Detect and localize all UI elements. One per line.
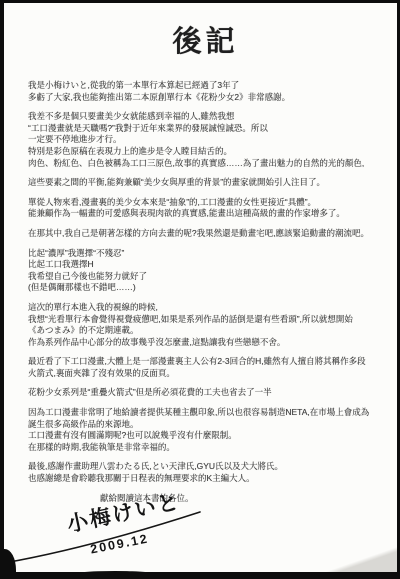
paragraph: 花粉少女系列是“重疊火箭式”但是所必須花費的工夫也省去了一半 xyxy=(28,387,383,399)
text-line: 誕生很多高級作品的來源地。 xyxy=(28,419,383,431)
text-line: 單從人物來看,漫畫裏的美少女本來是“抽象”的,工口漫畫的女性更接近“具體”。 xyxy=(28,197,383,209)
text-line: 也感謝總是會聆聽我那關于日程表的無理要求的K主編大人。 xyxy=(28,473,383,485)
text-line: 這次的單行本進入我的視線的時候, xyxy=(28,302,383,314)
scan-border-artifact xyxy=(70,571,160,579)
text-line: “工口漫畫就是天職嗎?”我對于近年來業界的發展誠惶誠恐。所以 xyxy=(28,123,383,135)
paragraph: 比起“濃厚”我選擇“不殘忍”比起工口我選擇H我希望自己今後也能努力就好了(但是偶… xyxy=(28,248,383,294)
text-line: 花粉少女系列是“重疊火箭式”但是所必須花費的工夫也省去了一半 xyxy=(28,387,383,399)
text-line: 我希望自己今後也能努力就好了 xyxy=(28,271,383,283)
afterword-content: 後記 我是小梅けいと,從我的第一本單行本算起已經過了3年了多虧了大家,我也能夠推… xyxy=(28,11,383,512)
paragraph: 我差不多是個只要畫美少女就能感到幸福的人,雖然我想“工口漫畫就是天職嗎?”我對于… xyxy=(28,111,383,169)
text-line: 特別是彩色原稿在表現力上的進步是令人瞠目結舌的。 xyxy=(28,146,383,158)
text-line: 這些要素之間的平衡,能夠兼顧“美少女與厚重的背景”的畫家就開始引人注目了。 xyxy=(28,177,383,189)
paragraph: 我是小梅けいと,從我的第一本單行本算起已經過了3年了多虧了大家,我也能夠推出第二… xyxy=(28,80,383,103)
scanned-page: 後記 我是小梅けいと,從我的第一本單行本算起已經過了3年了多虧了大家,我也能夠推… xyxy=(0,0,400,579)
text-line: 在那其中,我自己是朝著怎樣的方向去畫的呢?我果然還是動畫宅吧,應該緊追動畫的潮流… xyxy=(28,228,383,240)
signature: 小梅けいと 2009.12 xyxy=(4,495,244,572)
text-line: 《あつまみ》的不定期連載。 xyxy=(28,325,383,337)
page-title: 後記 xyxy=(28,19,383,60)
paragraph: 最近看了下工口漫畫,大體上是一部漫畫裏主人公有2-3回合的H,雖然有人擅自將其稱… xyxy=(28,356,383,379)
paragraph: 在那其中,我自己是朝著怎樣的方向去畫的呢?我果然還是動畫宅吧,應該緊追動畫的潮流… xyxy=(28,228,383,240)
text-line: 比起“濃厚”我選擇“不殘忍” xyxy=(28,248,383,260)
text-line: 一定要不停地進步才行。 xyxy=(28,134,383,146)
text-line: (但是偶爾那樣也不錯吧……) xyxy=(28,282,383,294)
text-line: 作為系列作品中心部分的故事幾乎沒怎麼畫,這點讓我有些戀戀不舍。 xyxy=(28,337,383,349)
text-line: 最近看了下工口漫畫,大體上是一部漫畫裏主人公有2-3回合的H,雖然有人擅自將其稱… xyxy=(28,356,383,368)
text-line: 比起工口我選擇H xyxy=(28,259,383,271)
text-line: 肉色、粉紅色、白色被稱為工口三原色,故事的真實感……為了畫出魅力的自然的光的顏色… xyxy=(28,158,383,170)
paragraph: 這些要素之間的平衡,能夠兼顧“美少女與厚重的背景”的畫家就開始引人注目了。 xyxy=(28,177,383,189)
text-line: 最後,感謝作畫助理八雲わたる氏,とい天津氏,GYU氏以及犬大將氏。 xyxy=(28,461,383,473)
paper-background: 後記 我是小梅けいと,從我的第一本單行本算起已經過了3年了多虧了大家,我也能夠推… xyxy=(4,3,397,572)
scan-border-artifact xyxy=(250,573,320,579)
text-line: 能兼顧作為一幅畫的可愛感與表現肉欲的真實感,能畫出這種高級的畫的作家增多了。 xyxy=(28,208,383,220)
text-line: 我差不多是個只要畫美少女就能感到幸福的人,雖然我想 xyxy=(28,111,383,123)
scan-corner-shadow xyxy=(311,542,397,572)
text-line: 我是小梅けいと,從我的第一本單行本算起已經過了3年了 xyxy=(28,80,383,92)
text-line: 火箭式,裏面夾雜了沒有效果的反面頁。 xyxy=(28,368,383,380)
paragraph: 因為工口漫畫非常明了地給讀者提供某種主觀印象,所以也很容易制造NETA,在市場上… xyxy=(28,407,383,453)
text-line: 在那樣的時期,我能執筆是非常幸福的。 xyxy=(28,442,383,454)
text-line: 因為工口漫畫非常明了地給讀者提供某種主觀印象,所以也很容易制造NETA,在市場上… xyxy=(28,407,383,419)
paragraph: 這次的單行本進入我的視線的時候,我想“光看單行本會覺得視覺疲憊吧,如果是系列作品… xyxy=(28,302,383,348)
text-line: 我想“光看單行本會覺得視覺疲憊吧,如果是系列作品的話倒是還有些看頭”,所以就想開… xyxy=(28,314,383,326)
text-line: 工口漫畫有沒有圓滿期呢?也可以說幾乎沒有什麼限制。 xyxy=(28,430,383,442)
text-line: 多虧了大家,我也能夠推出第二本原創單行本《花粉少女2》非常感謝。 xyxy=(28,92,383,104)
paragraph: 最後,感謝作畫助理八雲わたる氏,とい天津氏,GYU氏以及犬大將氏。也感謝總是會聆… xyxy=(28,461,383,484)
afterword-body: 我是小梅けいと,從我的第一本單行本算起已經過了3年了多虧了大家,我也能夠推出第二… xyxy=(28,80,383,504)
paragraph: 單從人物來看,漫畫裏的美少女本來是“抽象”的,工口漫畫的女性更接近“具體”。能兼… xyxy=(28,197,383,220)
